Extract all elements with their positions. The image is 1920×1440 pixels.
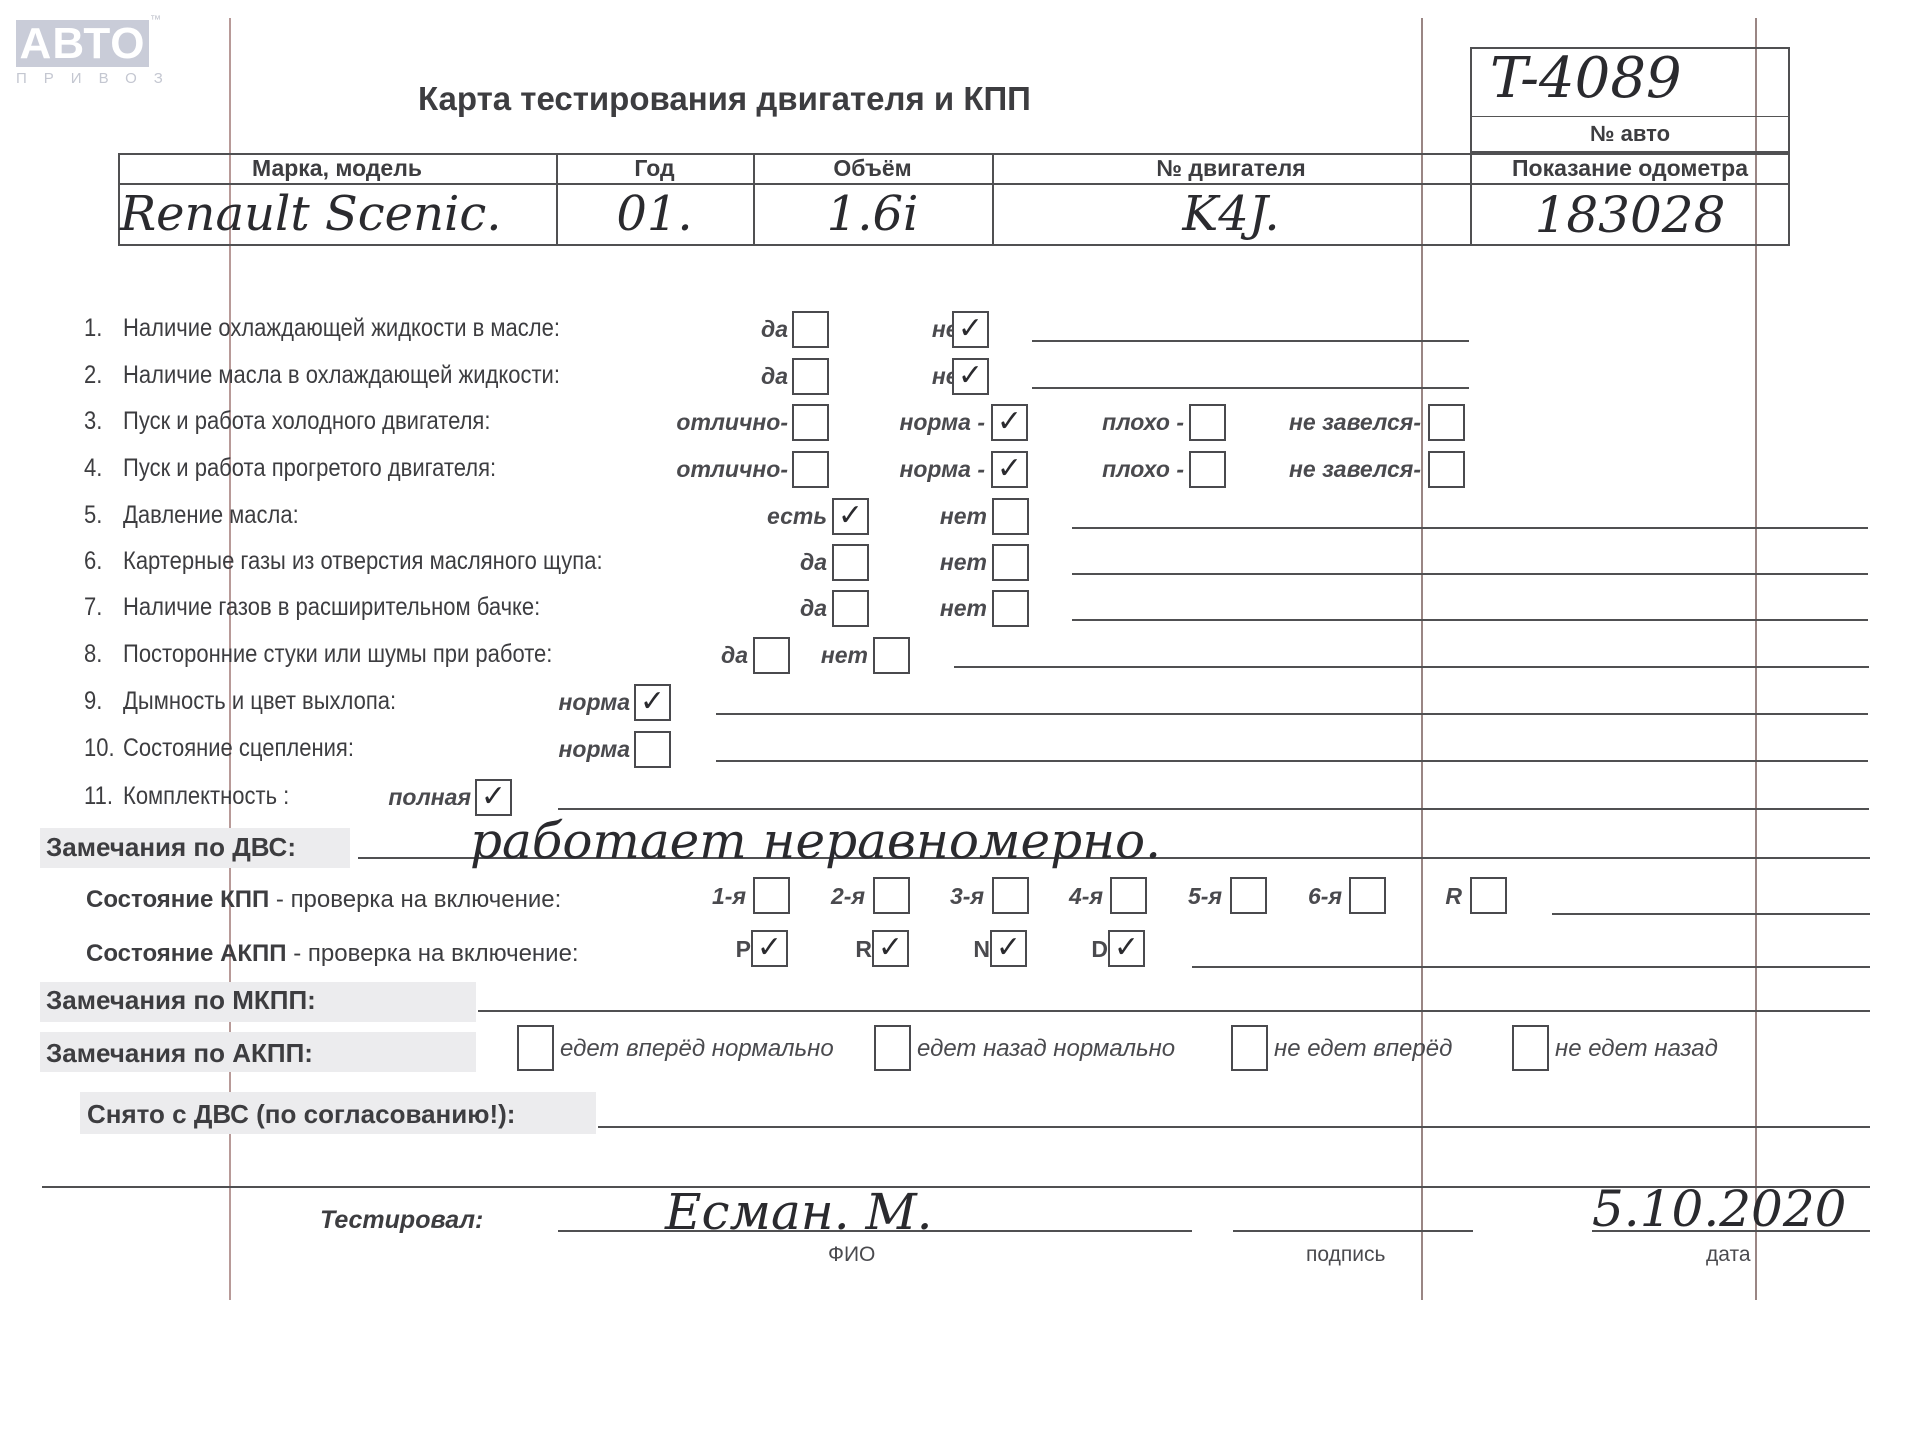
gear-checkbox[interactable] xyxy=(1470,877,1507,914)
checkbox[interactable] xyxy=(792,404,829,441)
removed-label: Снято с ДВС (по согласованию!): xyxy=(87,1099,515,1130)
akpp-label-rest: - проверка на включение: xyxy=(287,940,579,967)
akpp-line xyxy=(1192,966,1870,968)
gear-label: 4-я xyxy=(1069,883,1103,910)
table-header-divider xyxy=(118,183,1790,185)
gear-checkbox[interactable] xyxy=(1230,877,1267,914)
option-label: норма - xyxy=(899,409,985,436)
option-label: да xyxy=(761,316,788,343)
checkbox[interactable] xyxy=(792,311,829,348)
gear-checkbox[interactable]: ✓ xyxy=(872,930,909,967)
checkbox[interactable] xyxy=(832,590,869,627)
table-header-engine-number: № двигателя xyxy=(992,155,1470,182)
item-number: 2. xyxy=(84,361,102,390)
checkbox[interactable] xyxy=(992,498,1029,535)
option-label: плохо - xyxy=(1102,456,1184,483)
gear-label: 1-я xyxy=(712,883,746,910)
item-number: 11. xyxy=(84,782,113,811)
gear-checkbox[interactable] xyxy=(1349,877,1386,914)
logo-subtitle: ПРИВОЗ xyxy=(16,70,149,87)
option-label: да xyxy=(800,549,827,576)
option-label: есть xyxy=(767,503,827,530)
signature-caption: подпись xyxy=(1306,1243,1385,1267)
checkbox[interactable]: ✓ xyxy=(634,684,671,721)
item-label: Состояние сцепления: xyxy=(123,734,354,763)
akpp-label-bold: Состояние АКПП xyxy=(86,940,287,967)
option-label: отлично- xyxy=(676,409,788,436)
item-number: 3. xyxy=(84,407,102,436)
item-number: 9. xyxy=(84,687,102,716)
item-number: 7. xyxy=(84,593,102,622)
gear-label: 3-я xyxy=(950,883,984,910)
option-label: норма xyxy=(559,689,631,716)
akpp-label: Состояние АКПП - проверка на включение: xyxy=(86,940,579,968)
tested-by-label: Тестировал: xyxy=(320,1206,483,1235)
option-label: нет xyxy=(940,503,987,530)
item-number: 5. xyxy=(84,501,102,530)
item-notes-input[interactable] xyxy=(954,666,1869,668)
option-label: нет xyxy=(821,642,868,669)
gear-label: P xyxy=(736,936,751,963)
kpp-label-rest: - проверка на включение: xyxy=(269,886,561,913)
checkbox[interactable] xyxy=(832,544,869,581)
item-notes-input[interactable] xyxy=(716,713,1868,715)
car-number-value[interactable]: T-4089 xyxy=(1490,46,1682,111)
akpp-remarks-label: Замечания по АКПП: xyxy=(46,1038,313,1069)
akpp-remark-checkbox[interactable] xyxy=(874,1025,911,1071)
gear-checkbox[interactable] xyxy=(873,877,910,914)
akpp-remark-checkbox[interactable] xyxy=(517,1025,554,1071)
item-label: Пуск и работа холодного двигателя: xyxy=(123,407,490,436)
item-notes-input[interactable] xyxy=(1072,527,1868,529)
date-caption: дата xyxy=(1706,1243,1751,1267)
checkbox[interactable]: ✓ xyxy=(952,358,989,395)
gear-label: D xyxy=(1091,936,1108,963)
checkbox[interactable] xyxy=(1189,404,1226,441)
checkbox[interactable] xyxy=(992,590,1029,627)
name-caption: ФИО xyxy=(828,1243,875,1267)
dvs-remarks-label: Замечания по ДВС: xyxy=(46,832,296,863)
gear-label: 2-я xyxy=(831,883,865,910)
akpp-remark-checkbox[interactable] xyxy=(1231,1025,1268,1071)
logo-trademark: ™ xyxy=(150,14,161,26)
table-header-odometer: Показание одометра xyxy=(1470,155,1790,182)
item-number: 6. xyxy=(84,547,102,576)
table-value-engine-number[interactable]: K4J. xyxy=(992,186,1470,242)
tester-name-input[interactable]: Есман. М. xyxy=(665,1183,933,1241)
item-label: Пуск и работа прогретого двигателя: xyxy=(123,454,496,483)
item-label: Наличие масла в охлаждающей жидкости: xyxy=(123,361,560,390)
dvs-remarks-input[interactable]: работает неравномерно. xyxy=(470,812,1161,870)
option-label: не завелся- xyxy=(1289,456,1421,483)
gear-checkbox[interactable] xyxy=(1110,877,1147,914)
gear-label: N xyxy=(973,936,990,963)
option-label: полная xyxy=(388,784,471,811)
checkbox[interactable] xyxy=(634,731,671,768)
akpp-remark-checkbox[interactable] xyxy=(1512,1025,1549,1071)
option-label: норма xyxy=(559,736,631,763)
gear-checkbox[interactable] xyxy=(992,877,1029,914)
kpp-label: Состояние КПП - проверка на включение: xyxy=(86,886,561,914)
option-label: норма - xyxy=(899,456,985,483)
checkbox[interactable] xyxy=(1189,451,1226,488)
item-number: 8. xyxy=(84,640,102,669)
akpp-remark-label: не едет назад xyxy=(1555,1035,1718,1063)
gear-label: R xyxy=(855,936,872,963)
checkbox[interactable] xyxy=(1428,451,1465,488)
option-label: отлично- xyxy=(676,456,788,483)
item-label: Посторонние стуки или шумы при работе: xyxy=(123,640,552,669)
logo: АВТО xyxy=(16,20,149,67)
checkbox[interactable] xyxy=(992,544,1029,581)
item-label: Давление масла: xyxy=(123,501,299,530)
date-line xyxy=(1592,1230,1870,1232)
table-value-odometer[interactable]: 183028 xyxy=(1470,186,1790,244)
option-label: плохо - xyxy=(1102,409,1184,436)
akpp-remark-label: не едет вперёд xyxy=(1274,1035,1452,1063)
item-label: Наличие охлаждающей жидкости в масле: xyxy=(123,314,560,343)
option-label: нет xyxy=(940,595,987,622)
checkbox[interactable]: ✓ xyxy=(952,311,989,348)
checkbox[interactable] xyxy=(1428,404,1465,441)
item-notes-input[interactable] xyxy=(716,760,1868,762)
checkbox[interactable]: ✓ xyxy=(991,404,1028,441)
option-label: да xyxy=(800,595,827,622)
divider xyxy=(1470,116,1790,117)
gear-checkbox[interactable]: ✓ xyxy=(990,930,1027,967)
checkbox[interactable] xyxy=(753,637,790,674)
item-notes-input[interactable] xyxy=(558,808,1869,810)
option-label: да xyxy=(721,642,748,669)
gear-label: R xyxy=(1445,883,1462,910)
item-label: Дымность и цвет выхлопа: xyxy=(123,687,396,716)
mkpp-remarks-input[interactable] xyxy=(478,1010,1870,1012)
mkpp-remarks-label: Замечания по МКПП: xyxy=(46,985,316,1016)
table-value-make-model[interactable]: Renault Scenic. xyxy=(120,186,556,242)
checkbox[interactable]: ✓ xyxy=(832,498,869,535)
item-label: Комплектность : xyxy=(123,782,289,811)
option-label: нет xyxy=(940,549,987,576)
item-notes-input[interactable] xyxy=(1072,573,1868,575)
checkbox[interactable]: ✓ xyxy=(475,779,512,816)
item-notes-input[interactable] xyxy=(1072,619,1868,621)
gear-checkbox[interactable] xyxy=(753,877,790,914)
item-number: 1. xyxy=(84,314,102,343)
item-number: 4. xyxy=(84,454,102,483)
name-line xyxy=(558,1230,1192,1232)
gear-label: 6-я xyxy=(1308,883,1342,910)
checkbox[interactable] xyxy=(792,451,829,488)
akpp-remark-label: едет назад нормально xyxy=(917,1035,1175,1063)
checkbox[interactable] xyxy=(792,358,829,395)
gear-checkbox[interactable]: ✓ xyxy=(1108,930,1145,967)
kpp-line xyxy=(1552,913,1870,915)
car-number-label: № авто xyxy=(1470,121,1790,147)
table-header-volume: Объём xyxy=(753,155,992,182)
table-value-year[interactable]: 01. xyxy=(556,186,753,242)
checkbox[interactable] xyxy=(873,637,910,674)
item-number: 10. xyxy=(84,734,115,763)
signature-input[interactable] xyxy=(1233,1230,1473,1232)
option-label: не завелся- xyxy=(1289,409,1421,436)
item-label: Наличие газов в расширительном бачке: xyxy=(123,593,540,622)
akpp-remark-label: едет вперёд нормально xyxy=(560,1035,834,1063)
page-title: Карта тестирования двигателя и КПП xyxy=(418,80,1031,118)
checkbox[interactable]: ✓ xyxy=(991,451,1028,488)
item-label: Картерные газы из отверстия масляного щу… xyxy=(123,547,603,576)
table-header-year: Год xyxy=(556,155,753,182)
gear-label: 5-я xyxy=(1188,883,1222,910)
table-header-make-model: Марка, модель xyxy=(118,155,556,182)
item-notes-input[interactable] xyxy=(1032,340,1469,342)
kpp-label-bold: Состояние КПП xyxy=(86,886,269,913)
removed-input[interactable] xyxy=(598,1126,1870,1128)
option-label: да xyxy=(761,363,788,390)
item-notes-input[interactable] xyxy=(1032,387,1469,389)
gear-checkbox[interactable]: ✓ xyxy=(751,930,788,967)
table-value-volume[interactable]: 1.6i xyxy=(753,186,992,242)
